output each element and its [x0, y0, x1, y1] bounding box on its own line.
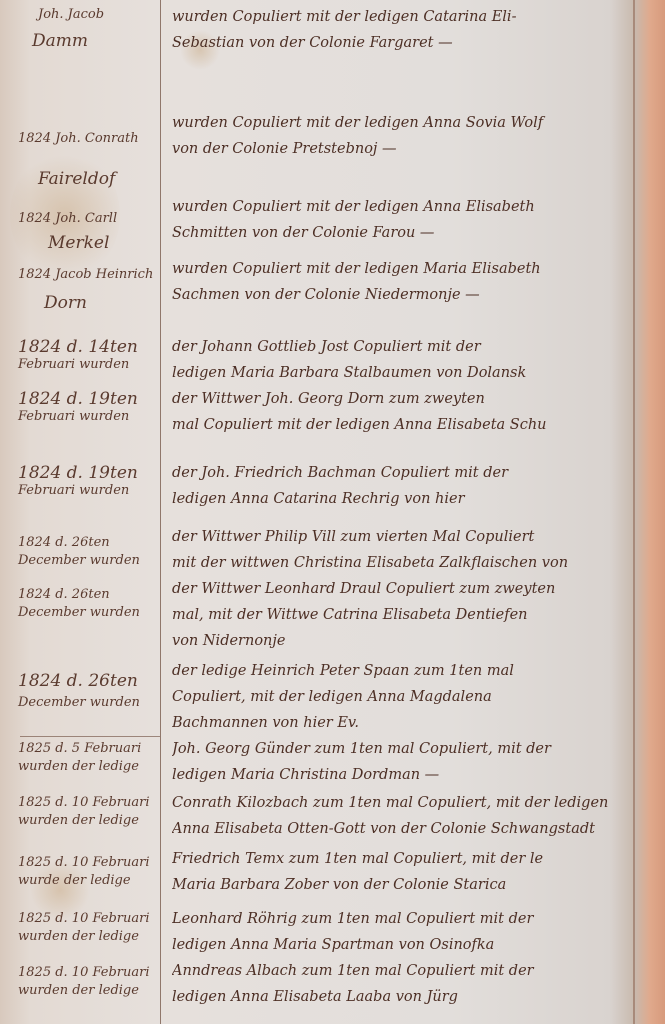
margin-line: 1824 d. 19ten: [18, 390, 158, 408]
margin-line: 1824 d. 26ten: [18, 586, 158, 604]
margin-line: Februari wurden: [18, 408, 158, 426]
margin-line: Dorn: [18, 294, 158, 312]
margin-line: Faireldof: [18, 170, 158, 188]
entry-line: ledigen Maria Christina Dordman —: [172, 762, 630, 788]
margin-line: Februari wurden: [18, 356, 158, 374]
margin-line: wurden der ledige: [18, 758, 158, 776]
entry-margin: 1824 Jacob Heinrich Dorn: [18, 266, 158, 312]
entry-margin: 1825 d. 10 Februari wurde der ledige: [18, 854, 158, 890]
entry-line: Schmitten von der Colonie Farou —: [172, 220, 630, 246]
margin-line: 1824 Joh. Carll: [18, 210, 158, 228]
margin-line: 1825 d. 10 Februari: [18, 910, 158, 928]
margin-line: December wurden: [18, 552, 158, 570]
entry-margin: 1824 d. 26ten December wurden: [18, 534, 158, 570]
entry-line: ledigen Anna Catarina Rechrig von hier: [172, 486, 630, 512]
entry-line: Copuliert, mit der ledigen Anna Magdalen…: [172, 684, 630, 710]
page-edge: [633, 0, 635, 1024]
entry-line: der Wittwer Joh. Georg Dorn zum zweyten: [172, 386, 630, 412]
margin-line: Joh. Jacob: [18, 6, 158, 24]
entry-text: der Johann Gottlieb Jost Copuliert mit d…: [172, 334, 630, 386]
margin-line: Merkel: [18, 234, 158, 252]
entry-line: wurden Copuliert mit der ledigen Anna El…: [172, 194, 630, 220]
entry-margin: 1824 d. 26ten December wurden: [18, 672, 158, 712]
entry-line: Anna Elisabeta Otten-Gott von der Coloni…: [172, 816, 630, 842]
entry-margin: 1824 d. 26ten December wurden: [18, 586, 158, 622]
entry-margin: Joh. Jacob Damm: [18, 6, 158, 50]
entry-line: der Wittwer Philip Vill zum vierten Mal …: [172, 524, 630, 550]
entry-line: von Nidernonje: [172, 628, 630, 654]
entry-text: Joh. Georg Günder zum 1ten mal Copuliert…: [172, 736, 630, 788]
entry-line: Maria Barbara Zober von der Colonie Star…: [172, 872, 630, 898]
entry-margin: 1825 d. 10 Februari wurden der ledige: [18, 964, 158, 1000]
margin-line: 1824 Jacob Heinrich: [18, 266, 158, 284]
entry-text: der ledige Heinrich Peter Spaan zum 1ten…: [172, 658, 630, 736]
register-page: Joh. Jacob Damm wurden Copuliert mit der…: [0, 0, 665, 1024]
entry-line: wurden Copuliert mit der ledigen Catarin…: [172, 4, 630, 30]
entry-text: wurden Copuliert mit der ledigen Anna So…: [172, 110, 630, 162]
margin-line: wurden der ledige: [18, 812, 158, 830]
margin-line: 1824 d. 14ten: [18, 338, 158, 356]
entry-text: der Joh. Friedrich Bachman Copuliert mit…: [172, 460, 630, 512]
entry-text: Friedrich Temx zum 1ten mal Copuliert, m…: [172, 846, 630, 898]
entry-line: mal, mit der Wittwe Catrina Elisabeta De…: [172, 602, 630, 628]
margin-line: wurden der ledige: [18, 928, 158, 946]
entry-margin: 1824 d. 19ten Februari wurden: [18, 464, 158, 500]
entry-line: der ledige Heinrich Peter Spaan zum 1ten…: [172, 658, 630, 684]
entry-margin: 1824 Joh. Carll Merkel: [18, 210, 158, 252]
margin-line: December wurden: [18, 694, 158, 712]
entry-margin: 1825 d. 10 Februari wurden der ledige: [18, 910, 158, 946]
margin-line: 1825 d. 10 Februari: [18, 964, 158, 982]
column-divider: [160, 0, 161, 1024]
margin-line: Damm: [18, 32, 158, 50]
entry-line: Sebastian von der Colonie Fargaret —: [172, 30, 630, 56]
entry-line: mal Copuliert mit der ledigen Anna Elisa…: [172, 412, 630, 438]
margin-line: 1824 d. 26ten: [18, 672, 158, 690]
entry-line: Friedrich Temx zum 1ten mal Copuliert, m…: [172, 846, 630, 872]
entry-margin: 1824 d. 19ten Februari wurden: [18, 390, 158, 426]
entry-line: Joh. Georg Günder zum 1ten mal Copuliert…: [172, 736, 630, 762]
year-separator-line: [20, 736, 160, 737]
margin-line: wurden der ledige: [18, 982, 158, 1000]
margin-line: December wurden: [18, 604, 158, 622]
entry-line: wurden Copuliert mit der ledigen Anna So…: [172, 110, 630, 136]
entry-line: ledigen Maria Barbara Stalbaumen von Dol…: [172, 360, 630, 386]
entry-line: der Wittwer Leonhard Draul Copuliert zum…: [172, 576, 630, 602]
entry-text: Conrath Kilozbach zum 1ten mal Copuliert…: [172, 790, 630, 842]
margin-line: wurde der ledige: [18, 872, 158, 890]
entry-line: der Joh. Friedrich Bachman Copuliert mit…: [172, 460, 630, 486]
entry-line: Sachmen von der Colonie Niedermonje —: [172, 282, 630, 308]
entry-text: Leonhard Röhrig zum 1ten mal Copuliert m…: [172, 906, 630, 958]
entry-text: Anndreas Albach zum 1ten mal Copuliert m…: [172, 958, 630, 1010]
margin-line: 1825 d. 10 Februari: [18, 794, 158, 812]
entry-margin: 1825 d. 5 Februari wurden der ledige: [18, 740, 158, 776]
entry-text: wurden Copuliert mit der ledigen Anna El…: [172, 194, 630, 246]
entry-margin: 1824 d. 14ten Februari wurden: [18, 338, 158, 374]
margin-line: Februari wurden: [18, 482, 158, 500]
entry-line: Bachmannen von hier Ev.: [172, 710, 630, 736]
margin-line: 1824 d. 26ten: [18, 534, 158, 552]
entry-text: wurden Copuliert mit der ledigen Catarin…: [172, 4, 630, 56]
entry-line: Conrath Kilozbach zum 1ten mal Copuliert…: [172, 790, 630, 816]
entry-text: wurden Copuliert mit der ledigen Maria E…: [172, 256, 630, 308]
entry-line: ledigen Anna Maria Spartman von Osinofka: [172, 932, 630, 958]
entry-margin: 1824 Joh. Conrath Faireldof: [18, 130, 158, 188]
entry-text: der Wittwer Leonhard Draul Copuliert zum…: [172, 576, 630, 654]
entry-line: von der Colonie Pretstebnoj —: [172, 136, 630, 162]
margin-line: 1825 d. 5 Februari: [18, 740, 158, 758]
entry-text: der Wittwer Joh. Georg Dorn zum zweyten …: [172, 386, 630, 438]
margin-line: 1824 d. 19ten: [18, 464, 158, 482]
entry-margin: 1825 d. 10 Februari wurden der ledige: [18, 794, 158, 830]
entry-line: Leonhard Röhrig zum 1ten mal Copuliert m…: [172, 906, 630, 932]
entry-text: der Wittwer Philip Vill zum vierten Mal …: [172, 524, 630, 576]
entry-line: wurden Copuliert mit der ledigen Maria E…: [172, 256, 630, 282]
entry-line: der Johann Gottlieb Jost Copuliert mit d…: [172, 334, 630, 360]
margin-line: 1825 d. 10 Februari: [18, 854, 158, 872]
margin-line: 1824 Joh. Conrath: [18, 130, 158, 148]
entry-line: Anndreas Albach zum 1ten mal Copuliert m…: [172, 958, 630, 984]
entry-line: ledigen Anna Elisabeta Laaba von Jürg: [172, 984, 630, 1010]
entry-line: mit der wittwen Christina Elisabeta Zalk…: [172, 550, 630, 576]
